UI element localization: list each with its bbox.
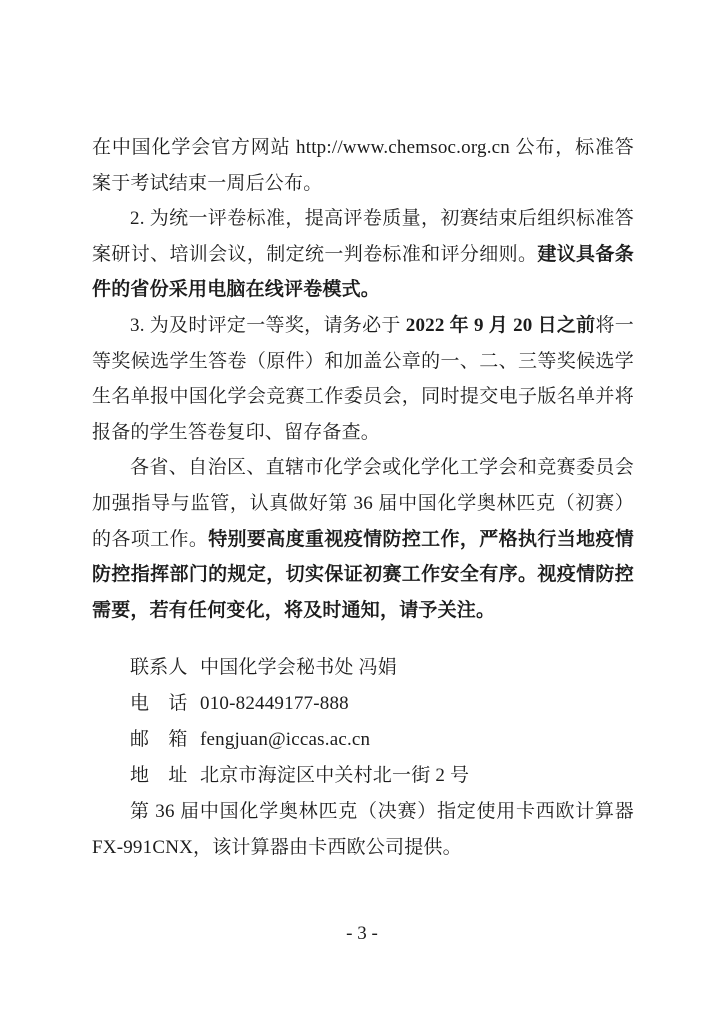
contact-row-address: 地 址北京市海淀区中关村北一街 2 号 [92,758,634,794]
contact-value: fengjuan@iccas.ac.cn [200,729,370,750]
page-number: - 3 - [0,922,724,946]
paragraph-text: 在中国化学会官方网站 http://www.chemsoc.org.cn 公布，… [92,137,634,194]
contact-row-email: 邮 箱fengjuan@iccas.ac.cn [92,722,634,758]
paragraph-answer-publication: 在中国化学会官方网站 http://www.chemsoc.org.cn 公布，… [92,130,634,201]
contact-value: 中国化学会秘书处 冯娟 [200,657,397,678]
contact-label: 联系人 [130,650,188,686]
contact-block: 联系人中国化学会秘书处 冯娟 电 话010-82449177-888 邮 箱fe… [92,650,634,794]
paragraph-grading-standard: 2. 为统一评卷标准，提高评卷质量，初赛结束后组织标准答案研讨、培训会议，制定统… [92,201,634,308]
paragraph-first-prize-deadline: 3. 为及时评定一等奖，请务必于 2022 年 9 月 20 日之前将一等奖候选… [92,308,634,450]
deadline-date-text: 2022 年 9 月 20 日之前 [406,315,596,336]
paragraph-text: 第 36 届中国化学奥林匹克（决赛）指定使用卡西欧计算器 FX-991CNX，该… [92,801,634,858]
contact-row-phone: 电 话010-82449177-888 [92,686,634,722]
contact-label: 邮 箱 [130,722,188,758]
contact-label: 地 址 [130,758,188,794]
contact-row-person: 联系人中国化学会秘书处 冯娟 [92,650,634,686]
contact-value: 北京市海淀区中关村北一街 2 号 [200,765,469,786]
paragraph-text: 3. 为及时评定一等奖，请务必于 [130,315,406,336]
document-body: 在中国化学会官方网站 http://www.chemsoc.org.cn 公布，… [92,130,634,866]
paragraph-calculator: 第 36 届中国化学奥林匹克（决赛）指定使用卡西欧计算器 FX-991CNX，该… [92,794,634,865]
contact-value: 010-82449177-888 [200,693,349,714]
document-page: 在中国化学会官方网站 http://www.chemsoc.org.cn 公布，… [0,0,724,1024]
contact-label: 电 话 [130,686,188,722]
paragraph-provincial-societies: 各省、自治区、直辖市化学会或化学化工学会和竞赛委员会加强指导与监管，认真做好第 … [92,450,634,628]
